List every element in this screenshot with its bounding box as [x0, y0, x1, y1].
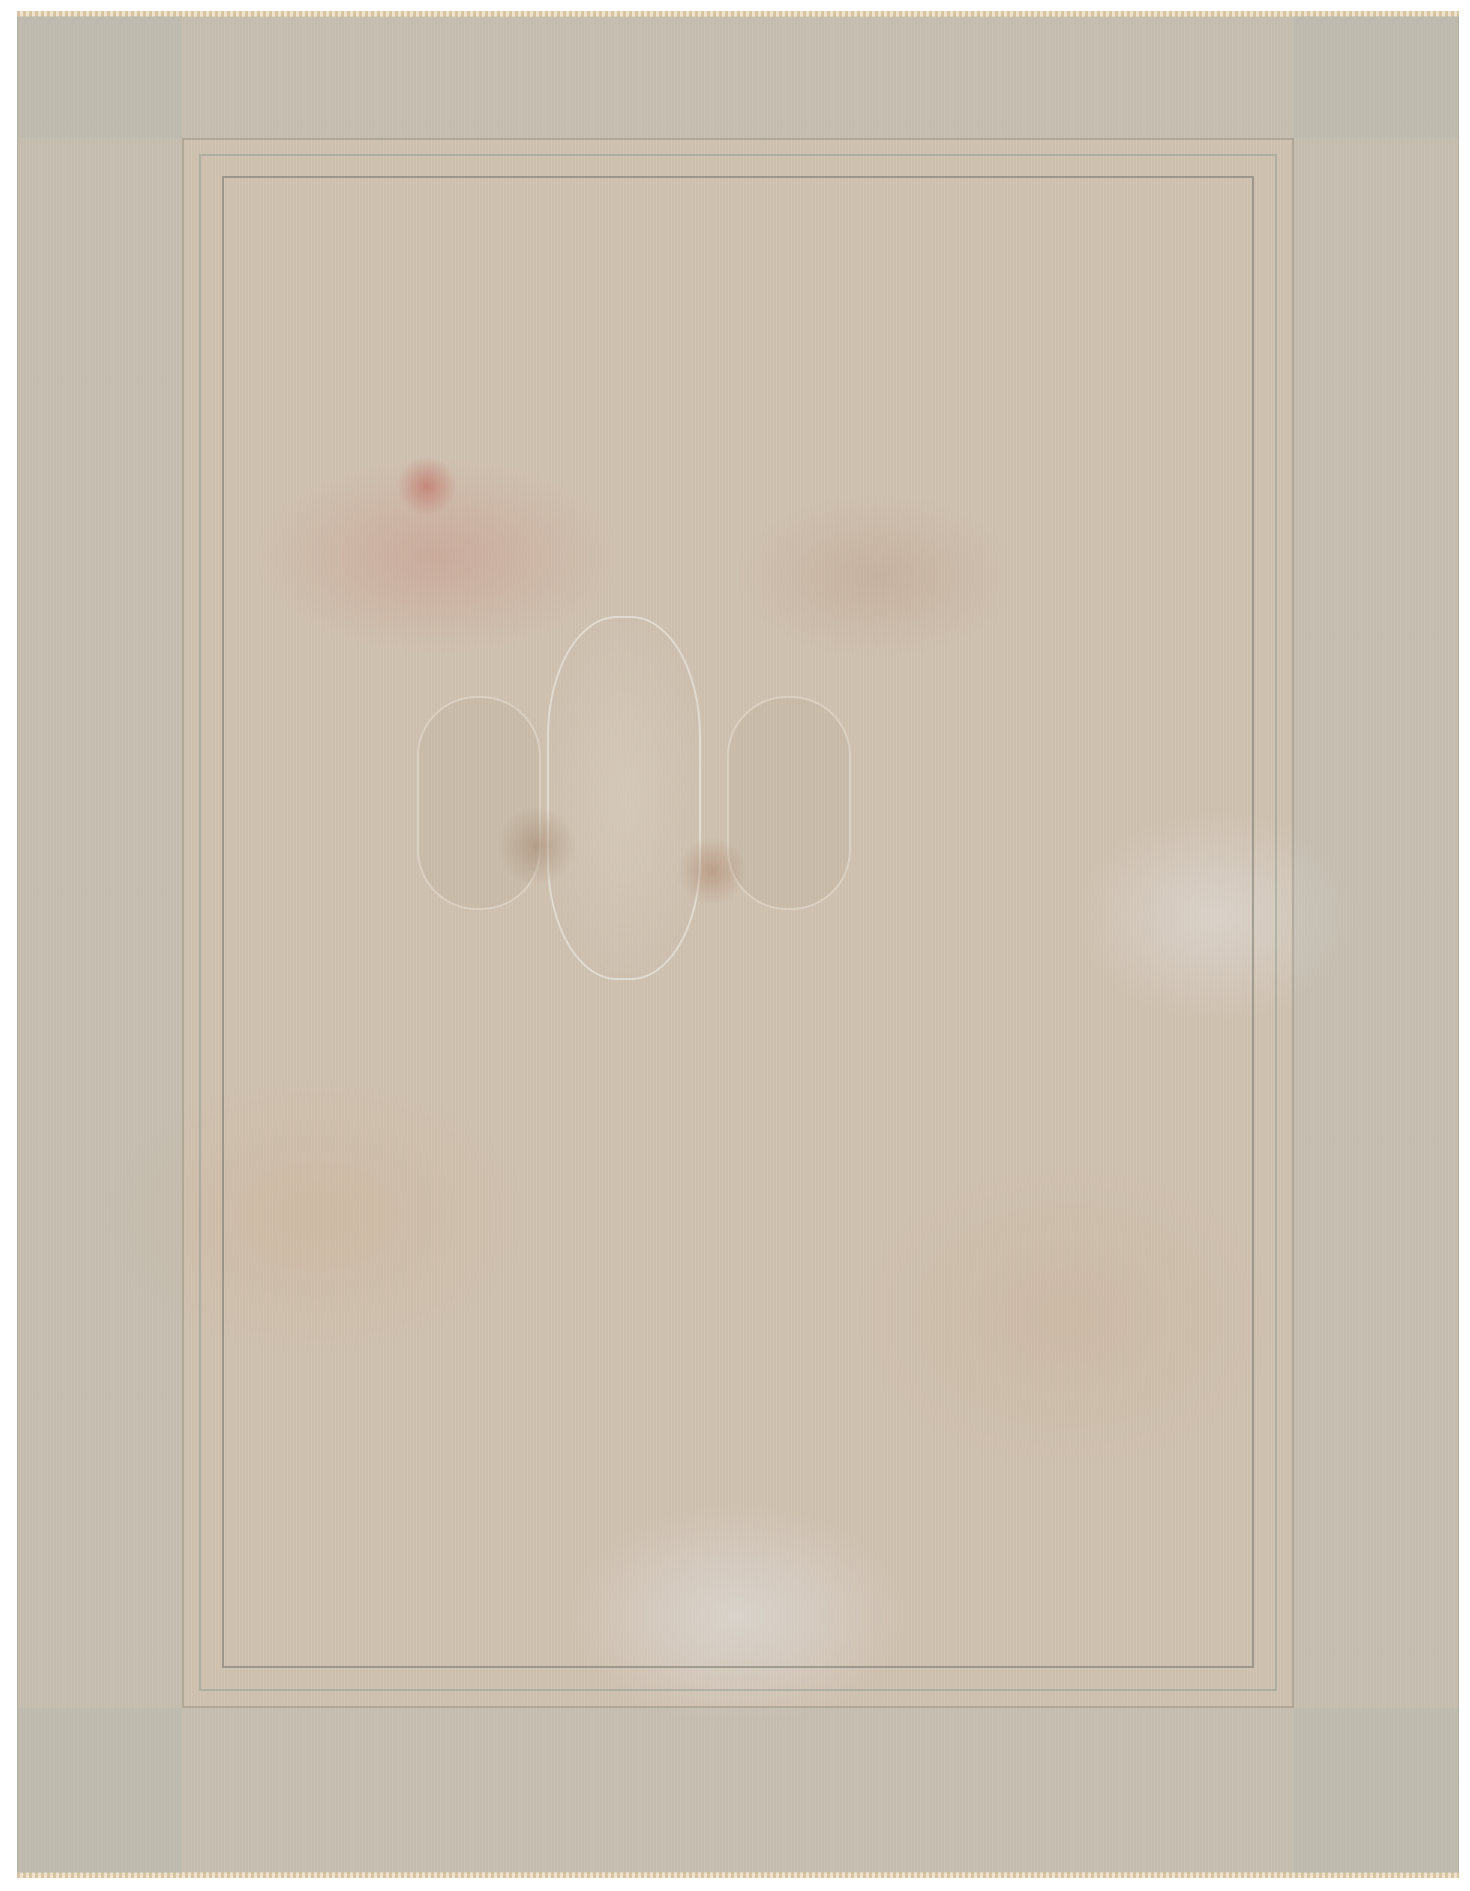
rug-central-medallion: [547, 616, 701, 980]
rug-brown-rosette: [497, 806, 577, 886]
rug-red-floral-motif: [397, 456, 457, 516]
rug-brown-rosette: [677, 836, 747, 906]
rug-inner-field-border: [222, 176, 1254, 1668]
rug-photo: [17, 16, 1459, 1873]
